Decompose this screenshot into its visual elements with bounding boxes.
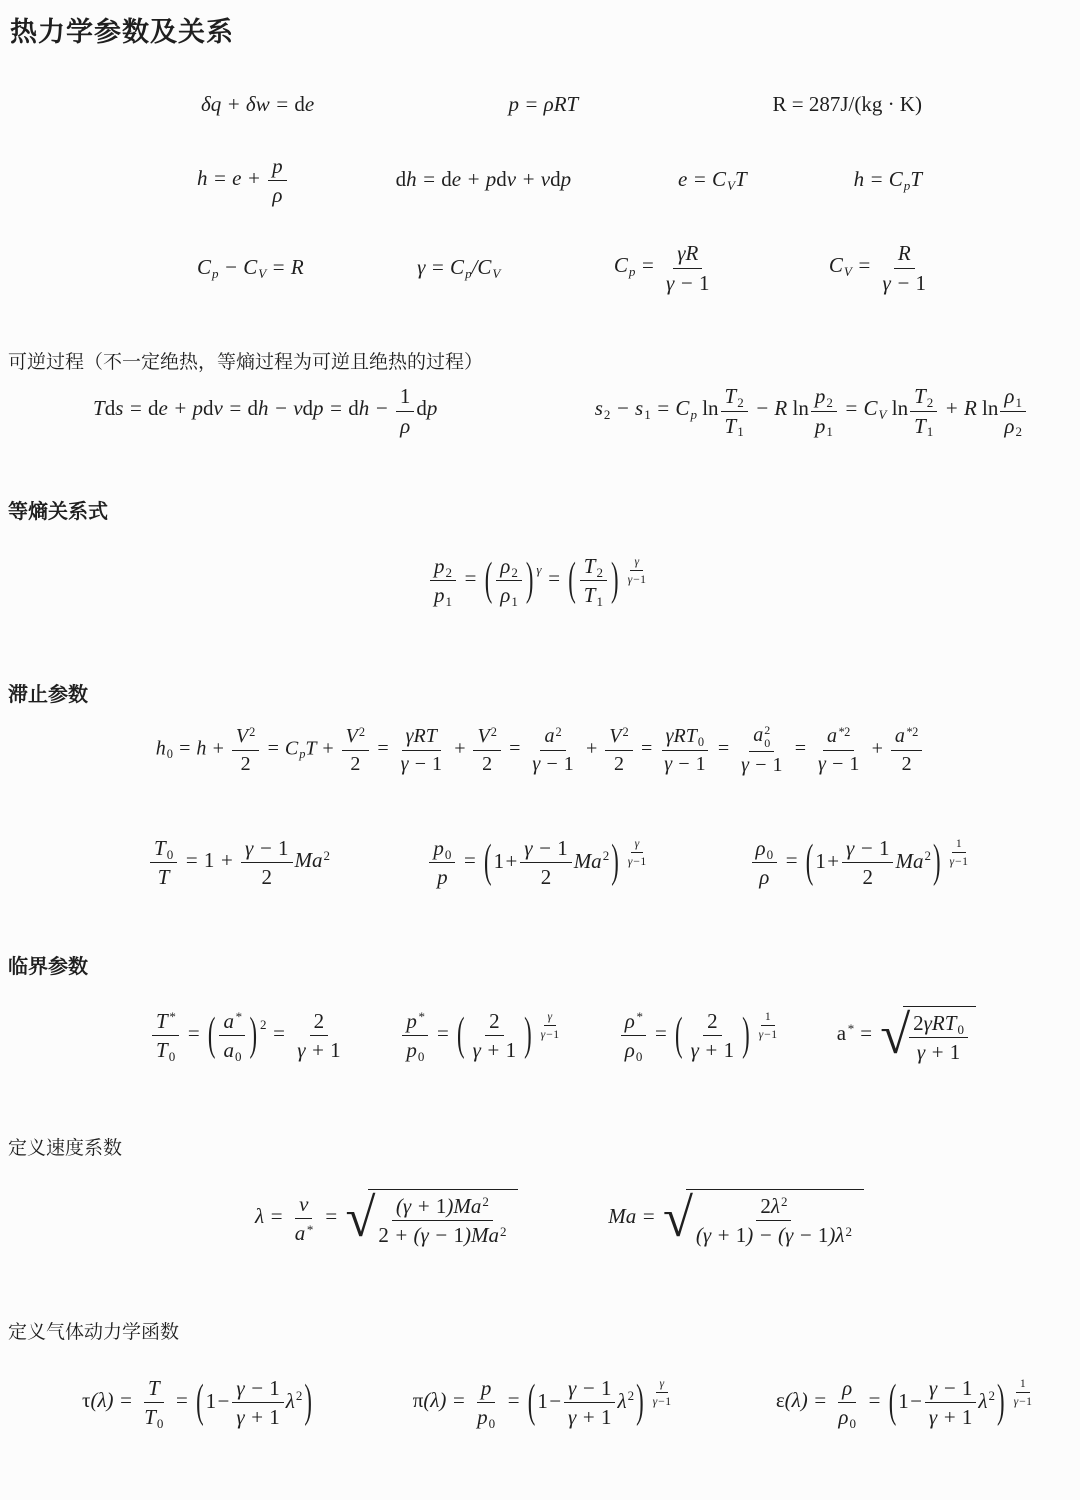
- formula-gamma-definition: γ = Cp/CV: [417, 254, 500, 281]
- formula-row-heat-capacities: Cp − CV = R γ = Cp/CV Cp = γRγ − 1 CV = …: [0, 230, 1080, 305]
- formula-row-isentropic: p2p1 = (ρ2ρ1)γ = (T2T1)γγ−1: [0, 532, 1080, 628]
- formula-isentropic-relation: p2p1 = (ρ2ρ1)γ = (T2T1)γγ−1: [428, 553, 652, 607]
- formula-mach-from-lambda: Ma = √2λ2(γ + 1) − (γ − 1)λ2: [608, 1189, 866, 1247]
- formula-enthalpy-cp: h = CpT: [854, 166, 922, 193]
- formula-critical-density-ratio: ρ*ρ0 = (2γ + 1)1γ−1: [619, 1008, 783, 1062]
- formula-stagnation-pressure-ratio: p0p = (1 + γ − 12Ma2)γγ−1: [427, 835, 652, 889]
- formula-stagnation-density-ratio: ρ0ρ = (1 + γ − 12Ma2)1γ−1: [750, 835, 974, 889]
- formula-cv: CV = Rγ − 1: [829, 240, 932, 294]
- formula-critical-pressure-ratio: p*p0 = (2γ + 1)γγ−1: [400, 1008, 565, 1062]
- formula-tds-relation: Tds = de + pdv = dh − vdp = dh − 1ρdp: [93, 383, 437, 437]
- formula-row-critical: T*T0 = (a*a0)2 = 2γ + 1 p*p0 = (2γ + 1)γ…: [0, 984, 1080, 1086]
- page-title: 热力学参数及关系: [10, 10, 234, 49]
- formula-entropy-change: s2 − s1 = Cp lnT2T1 − R lnp2p1 = CV lnT2…: [595, 383, 1028, 437]
- formula-row-entropy: Tds = de + pdv = dh − vdp = dh − 1ρdp s2…: [0, 368, 1080, 453]
- note-gas-dynamic-functions: 定义气体动力学函数: [8, 1317, 179, 1344]
- formula-row-gas-dynamic-functions: τ(λ) = TT0 = (1 − γ − 1γ + 1λ2) π(λ) = p…: [0, 1352, 1080, 1452]
- formula-row-stagnation-ratios: T0T = 1 + γ − 12Ma2 p0p = (1 + γ − 12Ma2…: [0, 814, 1080, 910]
- formula-epsilon-function: ε(λ) = ρρ0 = (1 − γ − 1γ + 1λ2)1γ−1: [776, 1375, 1038, 1429]
- formula-gas-constant: R = 287J/(kg · K): [772, 91, 922, 118]
- formula-row-stagnation-enthalpy: h0 = h + V22 = CpT + V22 = γRTγ − 1 + V2…: [0, 702, 1080, 798]
- formula-tau-function: τ(λ) = TT0 = (1 − γ − 1γ + 1λ2): [82, 1375, 314, 1429]
- formula-internal-energy: e = CVT: [678, 166, 747, 193]
- formula-pi-function: π(λ) = pp0 = (1 − γ − 1γ + 1λ2)γγ−1: [413, 1375, 677, 1429]
- formula-mayer-relation: Cp − CV = R: [197, 254, 304, 281]
- note-velocity-coefficient: 定义速度系数: [8, 1133, 122, 1160]
- formula-row-velocity-coefficient: λ = va* = √(γ + 1)Ma22 + (γ − 1)Ma2 Ma =…: [0, 1166, 1080, 1270]
- formula-velocity-coefficient: λ = va* = √(γ + 1)Ma22 + (γ − 1)Ma2: [255, 1189, 520, 1247]
- formula-stagnation-temperature-ratio: T0T = 1 + γ − 12Ma2: [148, 835, 330, 889]
- formula-ideal-gas-law: p = ρRT: [508, 91, 578, 118]
- formula-enthalpy-differential: dh = de + pdv + vdp: [396, 166, 571, 193]
- document-page: 热力学参数及关系 δq + δw = de p = ρRT R = 287J/(…: [0, 0, 1080, 1500]
- formula-stagnation-enthalpy: h0 = h + V22 = CpT + V22 = γRTγ − 1 + V2…: [156, 723, 925, 777]
- formula-enthalpy-definition: h = e + pρ: [197, 153, 289, 207]
- formula-row-enthalpy: h = e + pρ dh = de + pdv + vdp e = CVT h…: [0, 140, 1080, 220]
- formula-row-basic-laws: δq + δw = de p = ρRT R = 287J/(kg · K): [0, 80, 1080, 130]
- section-heading-isentropic: 等熵关系式: [8, 495, 108, 524]
- formula-first-law: δq + δw = de: [201, 91, 314, 118]
- formula-critical-speed-of-sound: a* = √2γRT0γ + 1: [837, 1006, 978, 1064]
- section-heading-critical: 临界参数: [8, 950, 88, 979]
- formula-cp: Cp = γRγ − 1: [614, 240, 716, 294]
- formula-critical-temperature-ratio: T*T0 = (a*a0)2 = 2γ + 1: [150, 1008, 347, 1062]
